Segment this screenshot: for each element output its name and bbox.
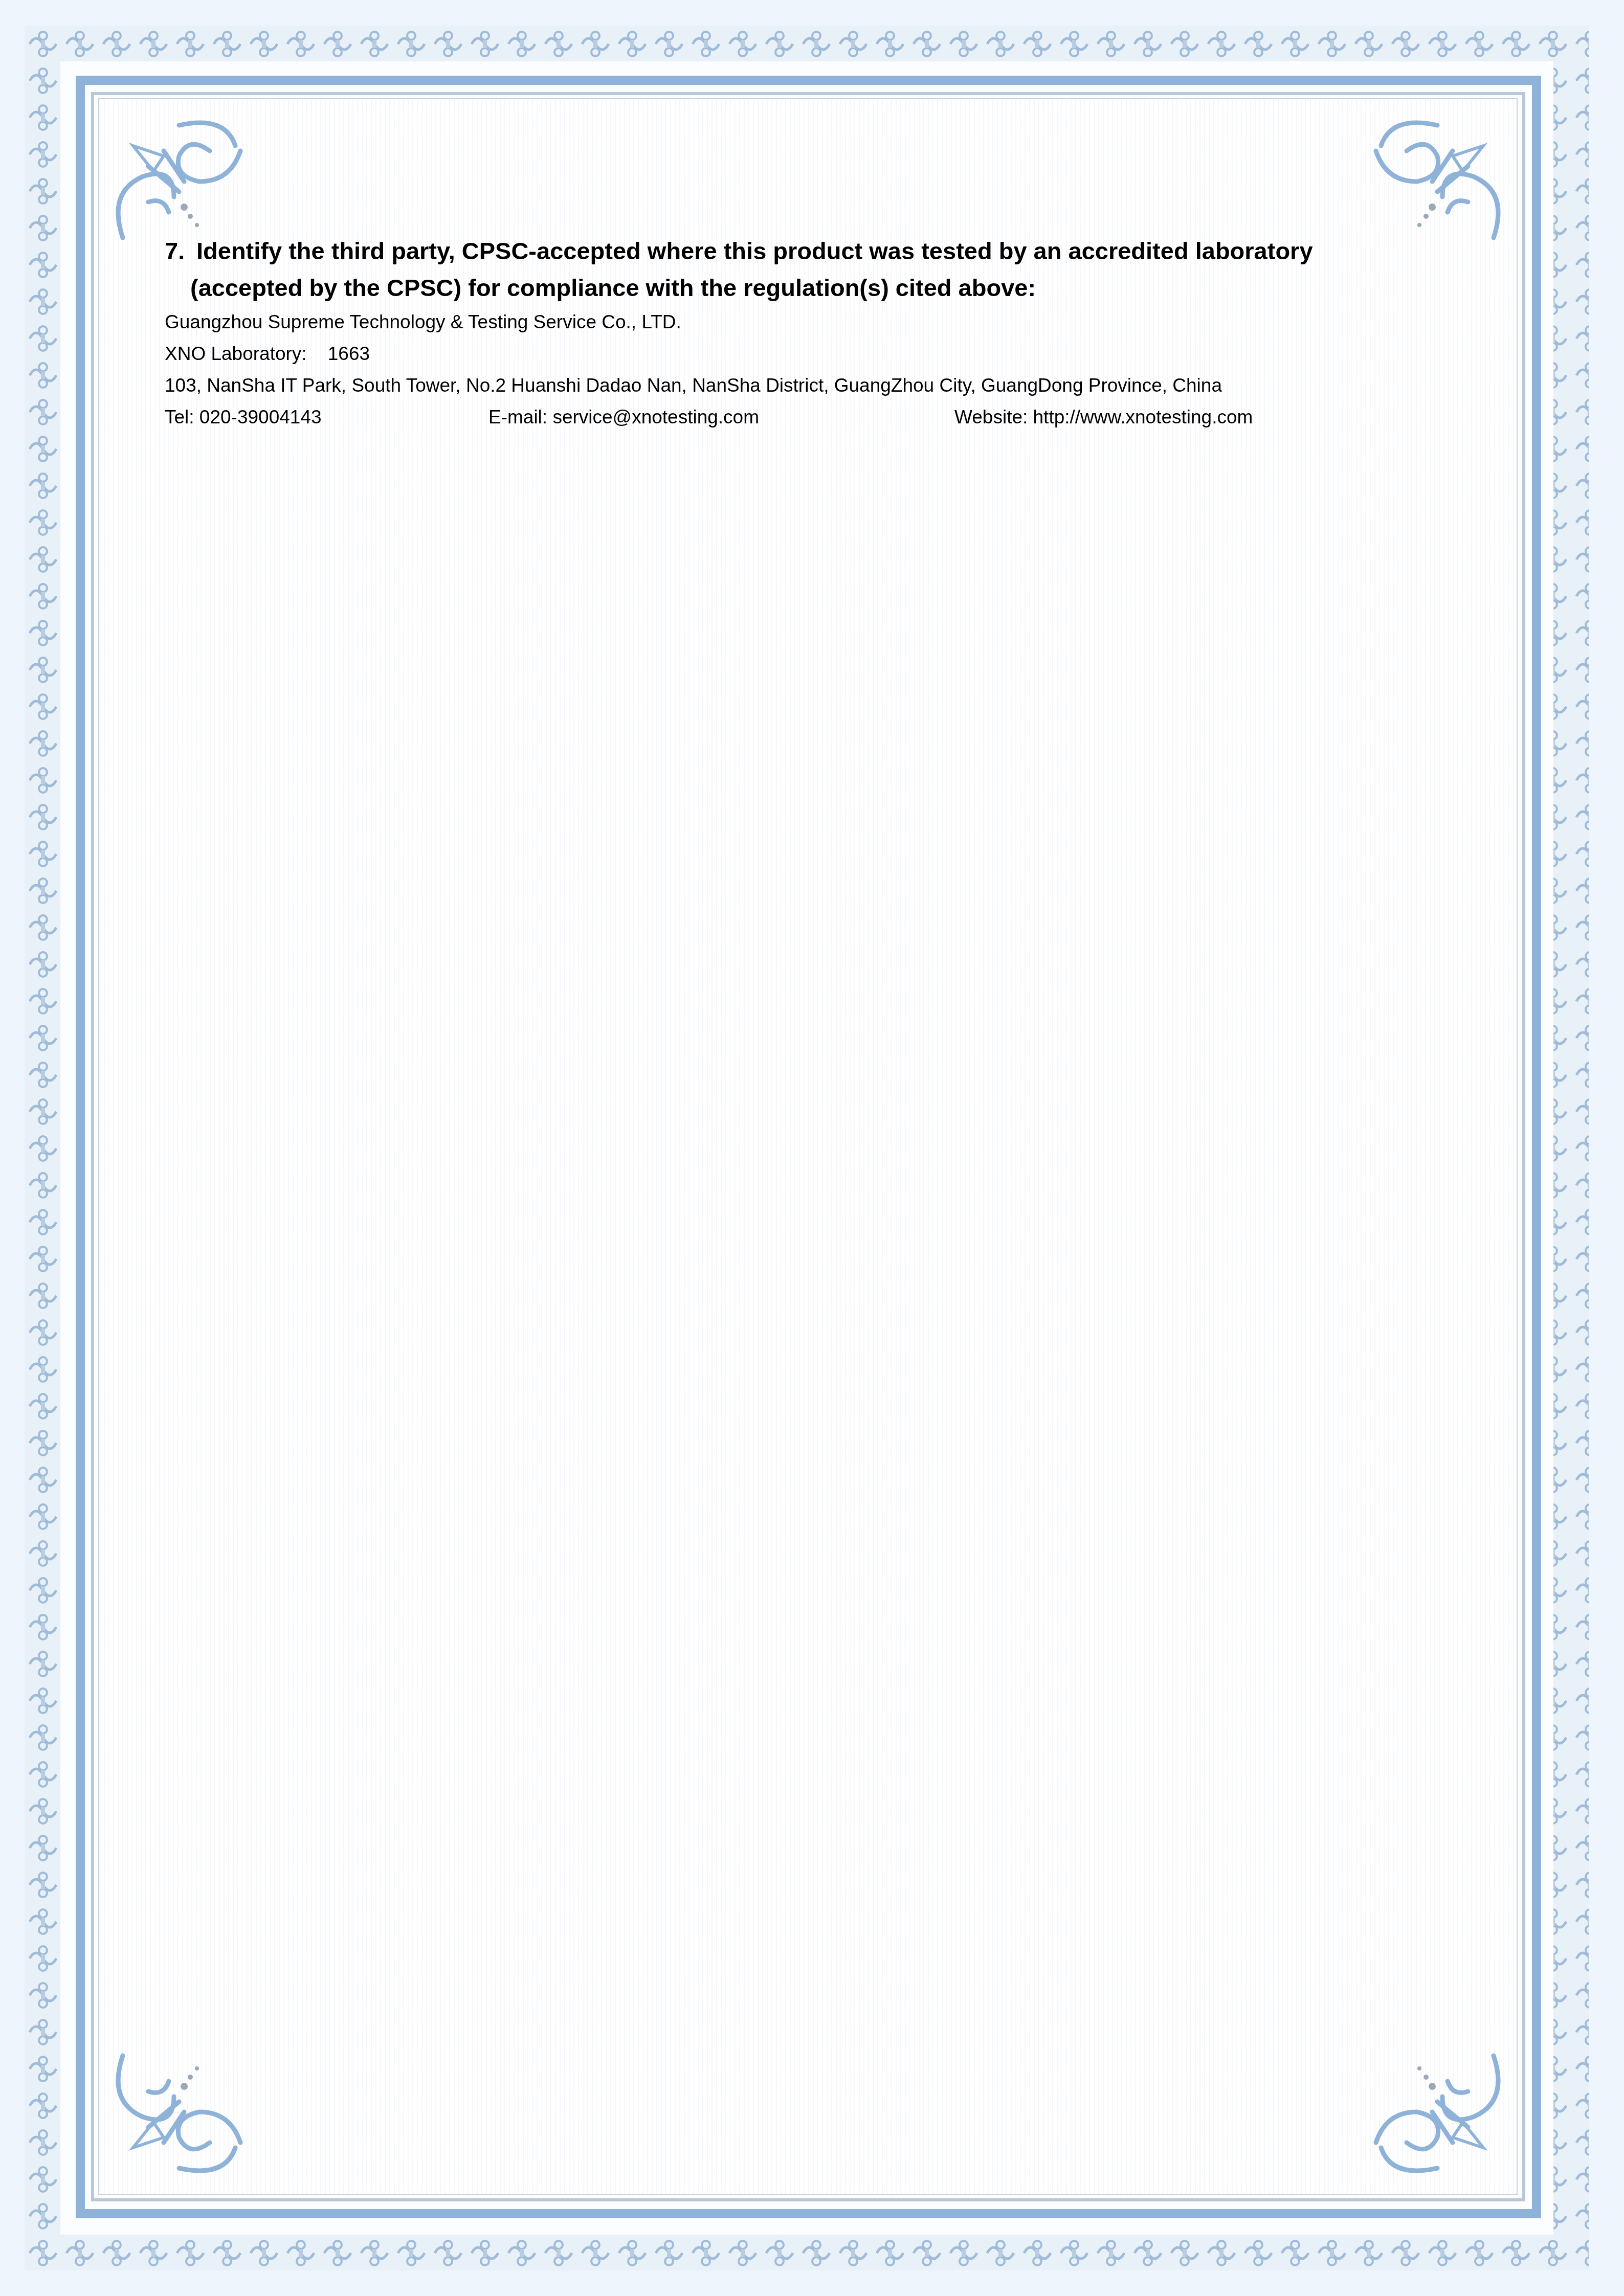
section-number: 7. [165, 233, 196, 269]
contact-row: Tel: 020-39004143 E-mail: service@xnotes… [165, 401, 1392, 433]
email-address: E-mail: service@xnotesting.com [488, 401, 759, 433]
website: Website: http://www.xnotesting.com [954, 401, 1253, 433]
heading-line-1: Identify the third party, CPSC-accepted … [196, 237, 1313, 264]
heading-line-2: (accepted by the CPSC) for compliance wi… [165, 269, 1392, 306]
lab-address: 103, NanSha IT Park, South Tower, No.2 H… [165, 370, 1392, 401]
lab-id: XNO Laboratory: 1663 [165, 338, 1392, 370]
certificate-page: 7.Identify the third party, CPSC-accepte… [0, 0, 1624, 2296]
section-heading: 7.Identify the third party, CPSC-accepte… [165, 233, 1392, 306]
section-7-content: 7.Identify the third party, CPSC-accepte… [165, 233, 1392, 433]
lab-name: Guangzhou Supreme Technology & Testing S… [165, 306, 1392, 338]
corner-flourish-icon [102, 2025, 266, 2189]
corner-flourish-icon [1350, 2025, 1514, 2189]
telephone: Tel: 020-39004143 [165, 401, 322, 433]
